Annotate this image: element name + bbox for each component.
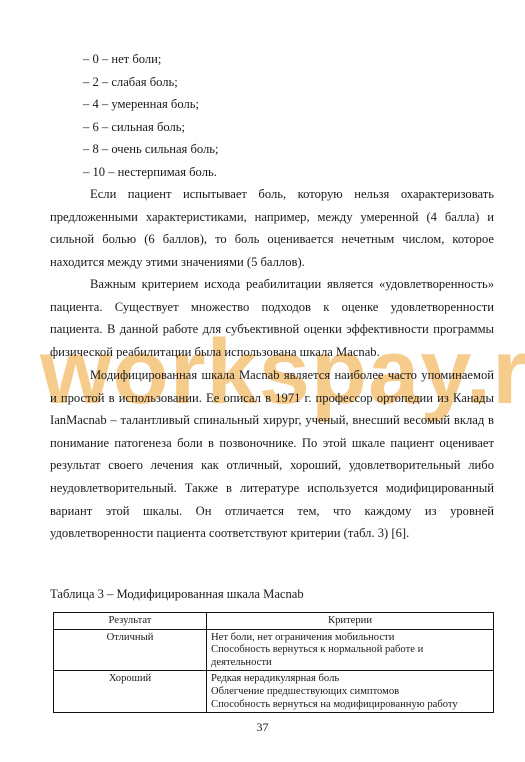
list-item: – 0 – нет боли;: [83, 48, 219, 71]
list-item: – 2 – слабая боль;: [83, 71, 219, 94]
paragraph: Важным критерием исхода реабилитации явл…: [50, 273, 494, 363]
table-row: Хороший Редкая нерадикулярная боль Облег…: [54, 671, 494, 713]
paragraph-text: Если пациент испытывает боль, которую не…: [50, 187, 494, 269]
criteria-line: Способность вернуться к нормальной работ…: [211, 644, 489, 657]
paragraph: Модифицированная шкала Macnab является н…: [50, 364, 494, 545]
result-cell: Хороший: [54, 671, 207, 713]
criteria-line: Нет боли, нет ограничения мобильности: [211, 632, 489, 645]
list-item: – 6 – сильная боль;: [83, 116, 219, 139]
page-number: 37: [0, 720, 525, 735]
paragraph-text: Важным критерием исхода реабилитации явл…: [50, 277, 494, 359]
document-page: workspay.ru – 0 – нет боли; – 2 – слабая…: [0, 0, 525, 762]
table-row: Отличный Нет боли, нет ограничения мобил…: [54, 629, 494, 671]
list-item: – 10 – нестерпимая боль.: [83, 161, 219, 184]
paragraph-text: Модифицированная шкала Macnab является н…: [50, 368, 494, 540]
criteria-cell: Нет боли, нет ограничения мобильности Сп…: [207, 629, 494, 671]
result-cell: Отличный: [54, 629, 207, 671]
criteria-line: деятельности: [211, 657, 489, 670]
criteria-cell: Редкая нерадикулярная боль Облегчение пр…: [207, 671, 494, 713]
table-caption: Таблица 3 – Модифицированная шкала Macna…: [50, 587, 304, 602]
macnab-table: Результат Критерии Отличный Нет боли, не…: [53, 612, 494, 713]
list-item: – 8 – очень сильная боль;: [83, 138, 219, 161]
table-header-row: Результат Критерии: [54, 613, 494, 630]
criteria-line: Облегчение предшествующих симптомов: [211, 686, 489, 699]
column-header: Результат: [54, 613, 207, 630]
pain-scale-list: – 0 – нет боли; – 2 – слабая боль; – 4 –…: [83, 48, 219, 184]
criteria-line: Редкая нерадикулярная боль: [211, 673, 489, 686]
list-item: – 4 – умеренная боль;: [83, 93, 219, 116]
criteria-line: Способность вернуться на модифицированну…: [211, 699, 489, 712]
paragraph: Если пациент испытывает боль, которую не…: [50, 183, 494, 273]
column-header: Критерии: [207, 613, 494, 630]
